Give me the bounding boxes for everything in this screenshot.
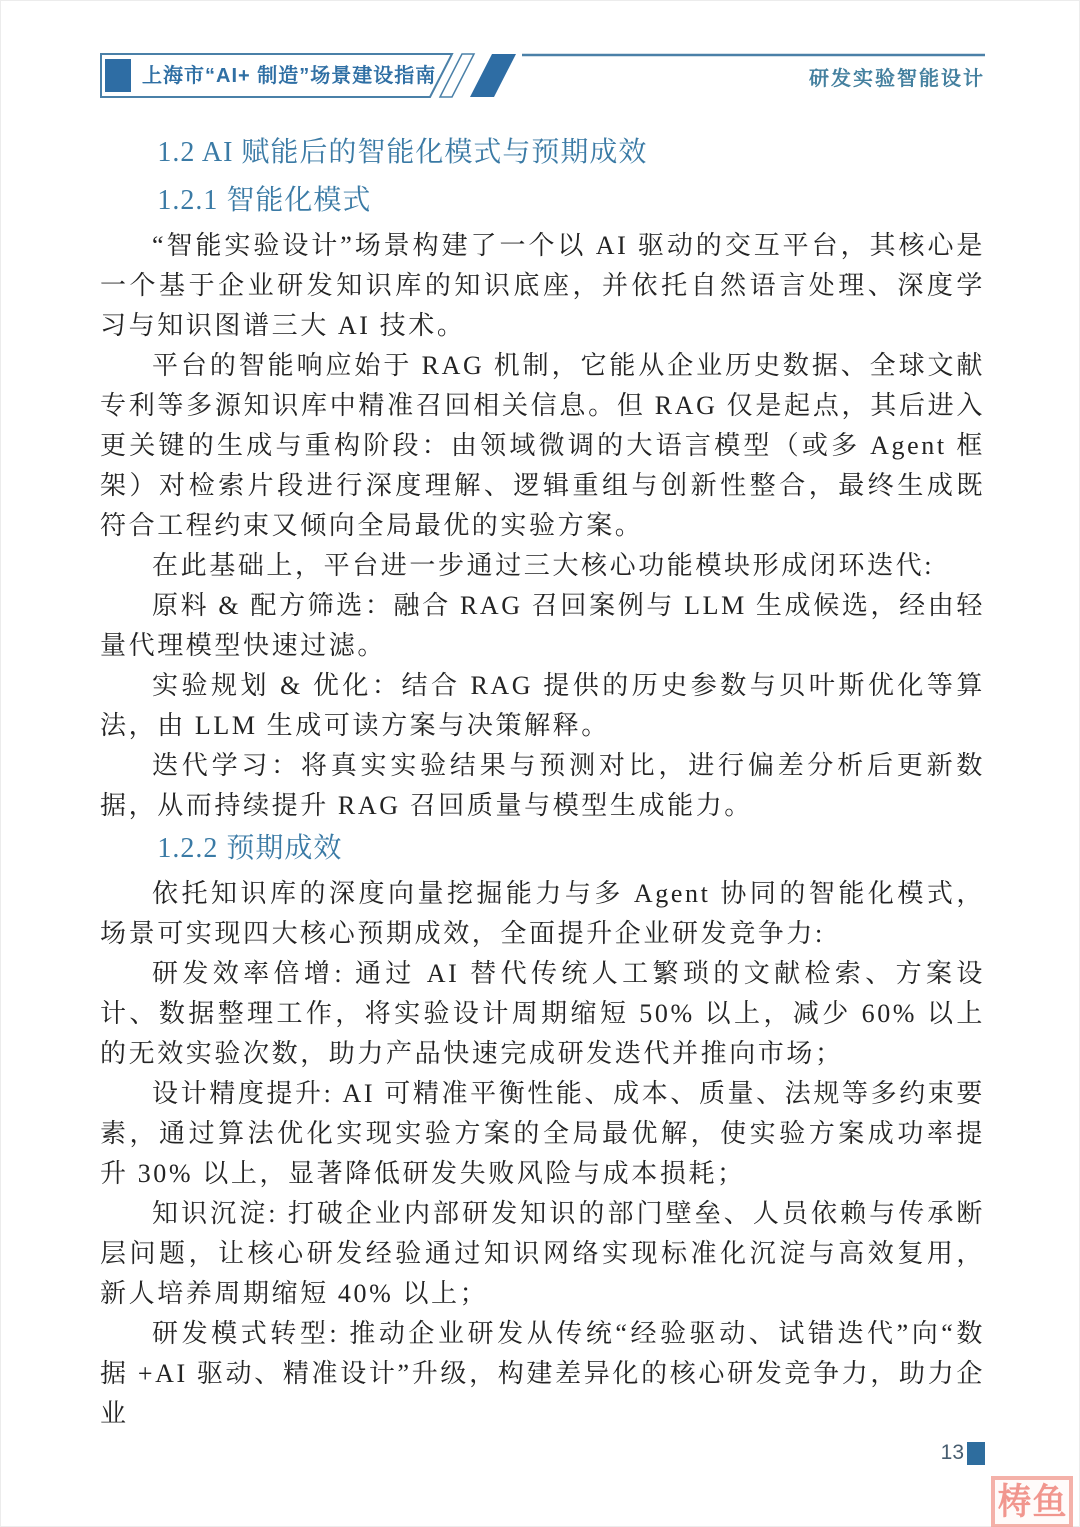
- header-left-title: 上海市“AI+ 制造”场景建设指南: [142, 59, 436, 88]
- header-right-title: 研发实验智能设计: [809, 62, 985, 91]
- watermark-stamp: 梼 鱼: [991, 1476, 1073, 1527]
- page-number: 13: [941, 1441, 964, 1465]
- paragraph: 依托知识库的深度向量挖掘能力与多 Agent 协同的智能化模式，场景可实现四大核…: [100, 874, 985, 954]
- section-heading-1-2-1: 1.2.1 智能化模式: [100, 178, 985, 224]
- section-heading-1-2: 1.2 AI 赋能后的智能化模式与预期成效: [100, 130, 985, 176]
- paragraph: “智能实验设计”场景构建了一个以 AI 驱动的交互平台，其核心是一个基于企业研发…: [100, 226, 985, 346]
- watermark-char-right: 鱼: [1033, 1484, 1067, 1520]
- paragraph: 原料 & 配方筛选：融合 RAG 召回案例与 LLM 生成候选，经由轻量代理模型…: [100, 586, 985, 666]
- paragraph: 平台的智能响应始于 RAG 机制，它能从企业历史数据、全球文献专利等多源知识库中…: [100, 346, 985, 546]
- paragraph: 迭代学习：将真实实验结果与预测对比，进行偏差分析后更新数据，从而持续提升 RAG…: [100, 746, 985, 826]
- watermark-char-left: 梼: [998, 1484, 1032, 1520]
- page-corner-square-icon: [967, 1442, 985, 1465]
- paragraph: 设计精度提升: AI 可精准平衡性能、成本、质量、法规等多约束要素，通过算法优化…: [100, 1074, 985, 1194]
- slash-filled-icon: [470, 54, 516, 97]
- slash-outline-icon: [440, 54, 474, 97]
- paragraph: 知识沉淀: 打破企业内部研发知识的部门壁垒、人员依赖与传承断层问题，让核心研发经…: [100, 1194, 985, 1314]
- paragraph: 实验规划 & 优化：结合 RAG 提供的历史参数与贝叶斯优化等算法，由 LLM …: [100, 666, 985, 746]
- paragraph: 研发效率倍增: 通过 AI 替代传统人工繁琐的文献检索、方案设计、数据整理工作，…: [100, 954, 985, 1074]
- header-square-icon: [105, 59, 131, 92]
- document-page: 上海市“AI+ 制造”场景建设指南 研发实验智能设计 1.2 AI 赋能后的智能…: [0, 0, 1080, 1527]
- document-body: 1.2 AI 赋能后的智能化模式与预期成效 1.2.1 智能化模式 “智能实验设…: [100, 130, 985, 1434]
- paragraph: 在此基础上，平台进一步通过三大核心功能模块形成闭环迭代:: [100, 546, 985, 586]
- paragraph: 研发模式转型: 推动企业研发从传统“经验驱动、试错迭代”向“数据 +AI 驱动、…: [100, 1314, 985, 1434]
- page-footer: 13: [941, 1441, 985, 1465]
- section-heading-1-2-2: 1.2.2 预期成效: [100, 826, 985, 872]
